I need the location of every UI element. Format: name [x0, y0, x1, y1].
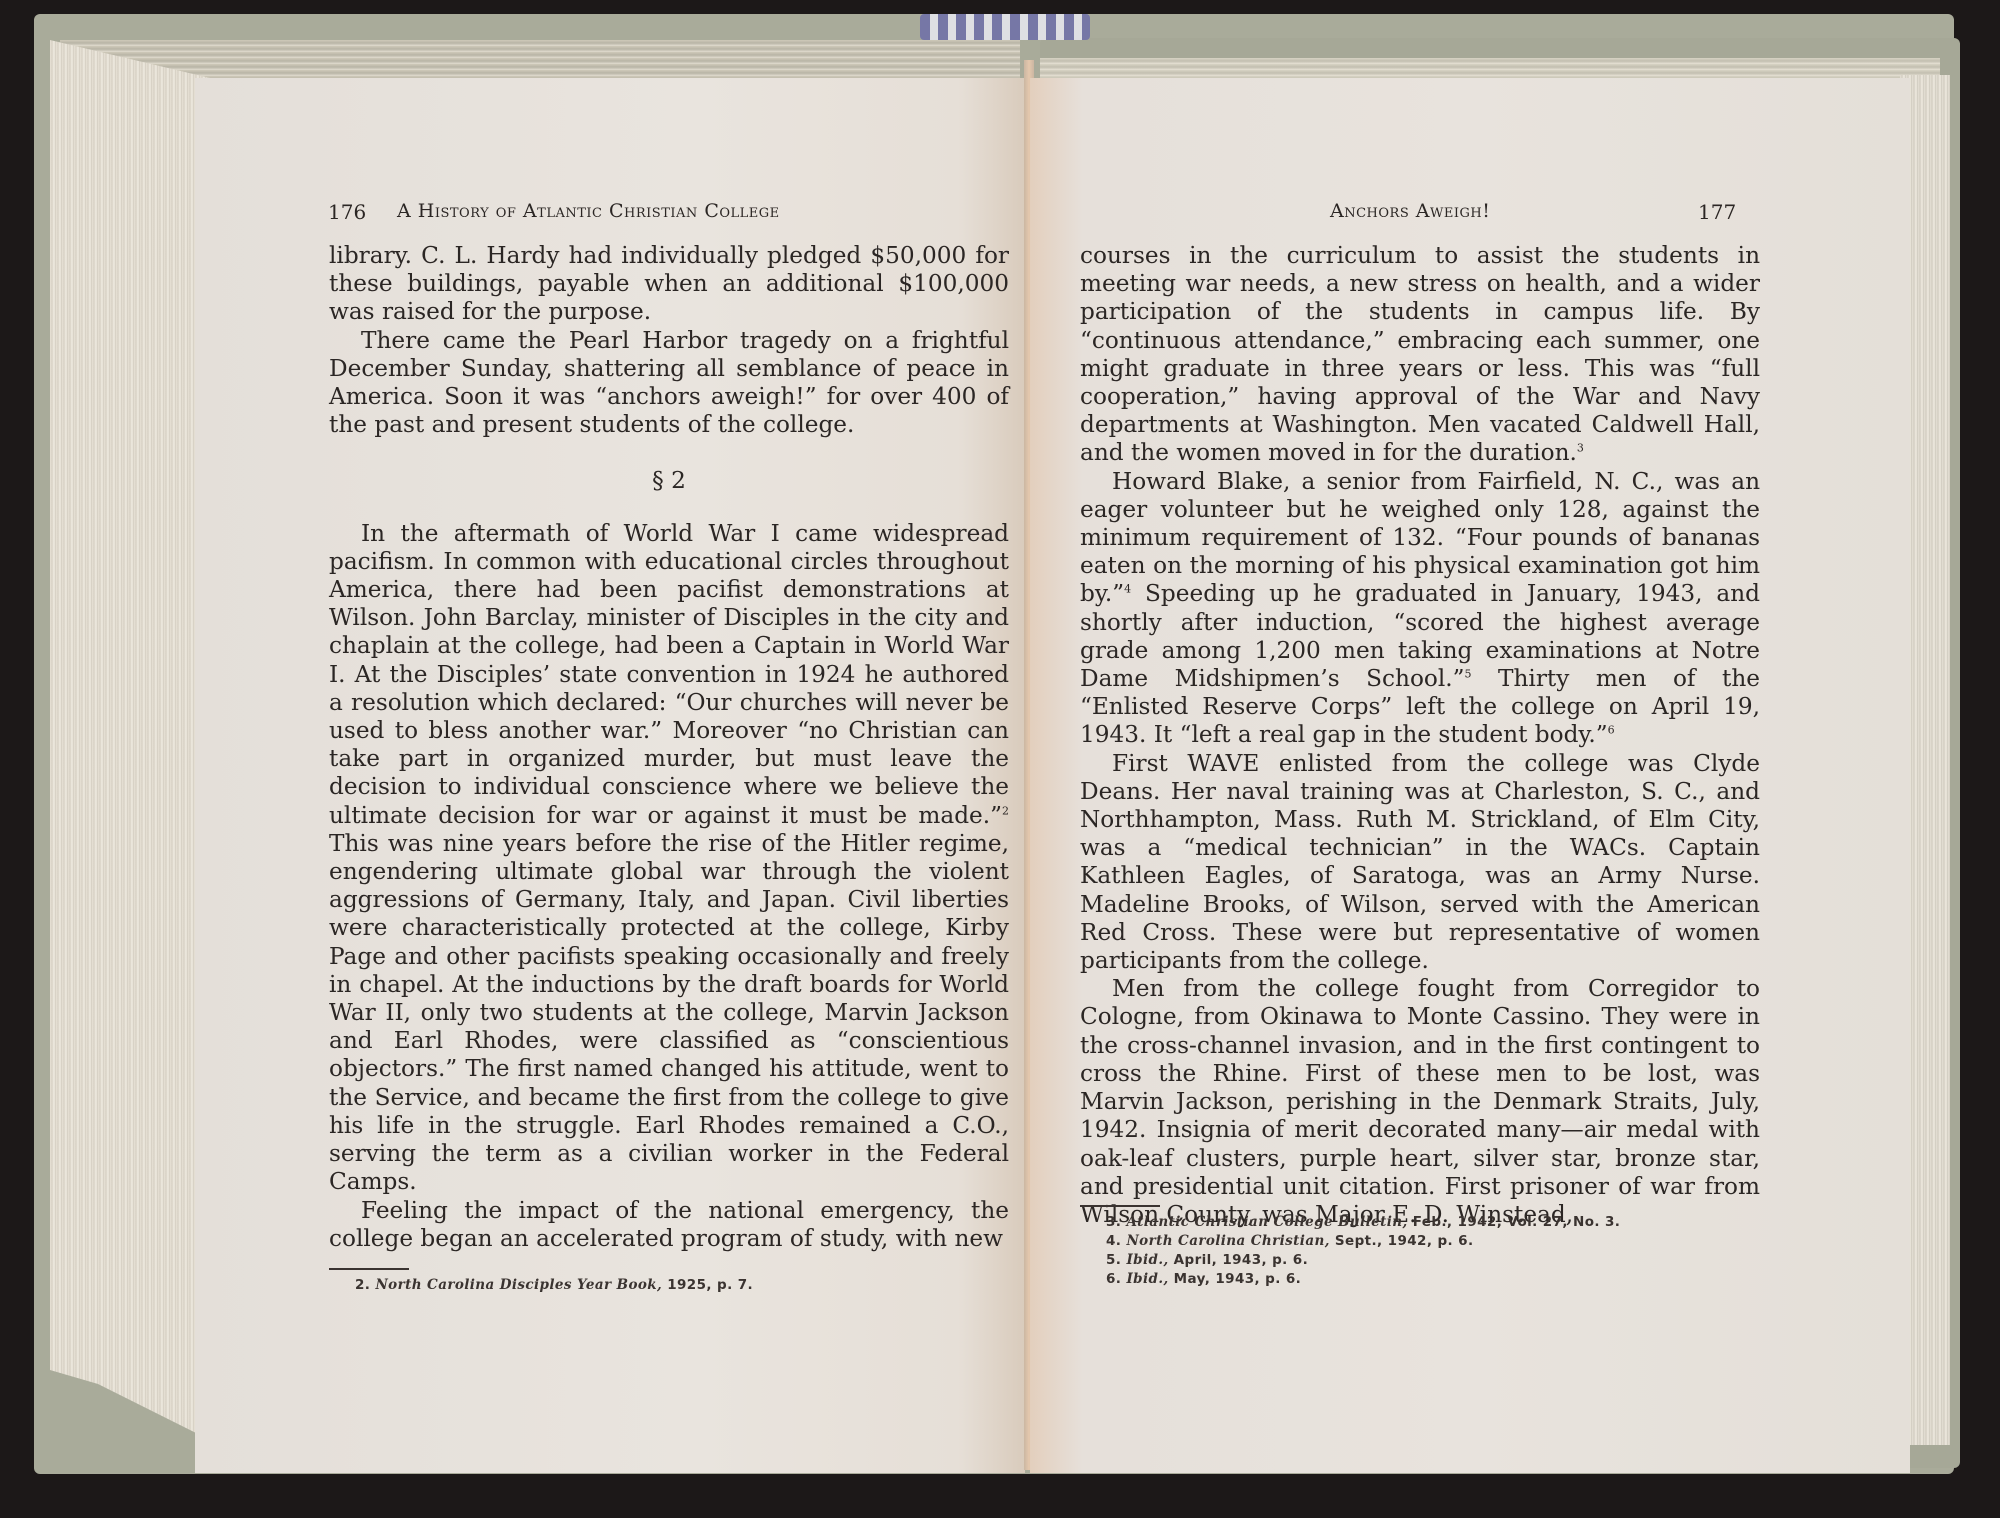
footnote-ref[interactable]: 5	[1465, 667, 1472, 680]
paragraph: First WAVE enlisted from the college was…	[1080, 750, 1760, 976]
footnotes: 2. North Carolina Disciples Year Book, 1…	[355, 1276, 753, 1295]
footnote-5: 5. Ibid., April, 1943, p. 6.	[1106, 1251, 1620, 1270]
footnote-6: 6. Ibid., May, 1943, p. 6.	[1106, 1270, 1620, 1289]
headband	[920, 14, 1090, 40]
footnotes: 3. Atlantic Christian College Bulletin, …	[1106, 1213, 1620, 1289]
footnote-3: 3. Atlantic Christian College Bulletin, …	[1106, 1213, 1620, 1232]
running-head: A History of Atlantic Christian College	[397, 200, 780, 222]
body-text: courses in the curriculum to assist the …	[1080, 242, 1760, 1229]
body-text: library. C. L. Hardy had individually pl…	[329, 242, 1009, 1253]
paragraph: There came the Pearl Harbor tragedy on a…	[329, 327, 1009, 440]
paragraph: Feeling the impact of the national emerg…	[329, 1197, 1009, 1253]
footnote-rule	[1080, 1205, 1160, 1207]
page-number: 177	[1698, 200, 1736, 224]
paragraph: In the aftermath of World War I came wid…	[329, 520, 1009, 1197]
paragraph: Howard Blake, a senior from Fairfield, N…	[1080, 468, 1760, 750]
paragraph: library. C. L. Hardy had individually pl…	[329, 242, 1009, 327]
footnote-ref[interactable]: 6	[1608, 724, 1615, 737]
page-stack-top-right	[1040, 58, 1940, 78]
right-page: Anchors Aweigh! 177 courses in the curri…	[1030, 78, 1910, 1473]
left-page: 176 A History of Atlantic Christian Coll…	[195, 78, 1025, 1473]
page-stack-top-left	[60, 40, 1020, 80]
paragraph: Men from the college fought from Corregi…	[1080, 975, 1760, 1229]
paragraph: courses in the curriculum to assist the …	[1080, 242, 1760, 468]
footnote-ref[interactable]: 3	[1577, 442, 1584, 455]
page-stack-left	[50, 40, 210, 1440]
section-heading: § 2	[329, 467, 1009, 495]
footnote-2: 2. North Carolina Disciples Year Book, 1…	[355, 1276, 753, 1295]
page-number: 176	[328, 200, 366, 224]
footnote-ref[interactable]: 2	[1002, 804, 1009, 817]
footnote-4: 4. North Carolina Christian, Sept., 1942…	[1106, 1232, 1620, 1251]
footnote-rule	[329, 1268, 409, 1270]
running-head: Anchors Aweigh!	[1330, 200, 1490, 222]
